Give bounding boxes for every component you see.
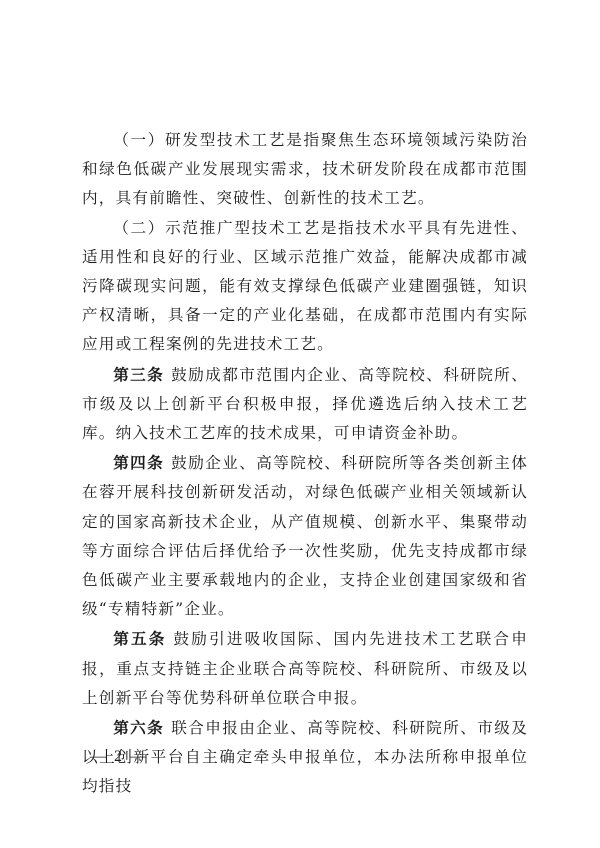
document-page: （一）研发型技术工艺是指聚焦生态环境领域污染防治和绿色低碳产业发展现实需求，技术… — [0, 0, 600, 848]
paragraph-text: （一）研发型技术工艺是指聚焦生态环境领域污染防治和绿色低碳产业发展现实需求，技术… — [82, 131, 528, 207]
article-label: 第四条 — [113, 453, 164, 472]
article-label: 第五条 — [113, 629, 166, 648]
page-number: — 2 — — [90, 748, 148, 766]
article-4: 第四条鼓励企业、高等院校、科研院所等各类创新主体在蓉开展科技创新研发活动，对绿色… — [82, 448, 528, 624]
document-body: （一）研发型技术工艺是指聚焦生态环境领域污染防治和绿色低碳产业发展现实需求，技术… — [82, 126, 528, 802]
article-3: 第三条鼓励成都市范围内企业、高等院校、科研院所、市级及以上创新平台积极申报，择优… — [82, 360, 528, 449]
paragraph-2: （二）示范推广型技术工艺是指技术水平具有先进性、适用性和良好的行业、区域示范推广… — [82, 214, 528, 360]
article-6: 第六条联合申报由企业、高等院校、科研院所、市级及以上创新平台自主确定牵头申报单位… — [82, 713, 528, 802]
article-5: 第五条鼓励引进吸收国际、国内先进技术工艺联合申报，重点支持链主企业联合高等院校、… — [82, 624, 528, 713]
paragraph-text: （二）示范推广型技术工艺是指技术水平具有先进性、适用性和良好的行业、区域示范推广… — [82, 219, 528, 354]
article-label: 第三条 — [113, 365, 164, 384]
paragraph-1: （一）研发型技术工艺是指聚焦生态环境领域污染防治和绿色低碳产业发展现实需求，技术… — [82, 126, 528, 214]
paragraph-text: 鼓励企业、高等院校、科研院所等各类创新主体在蓉开展科技创新研发活动，对绿色低碳产… — [82, 454, 528, 618]
article-label: 第六条 — [113, 718, 164, 737]
